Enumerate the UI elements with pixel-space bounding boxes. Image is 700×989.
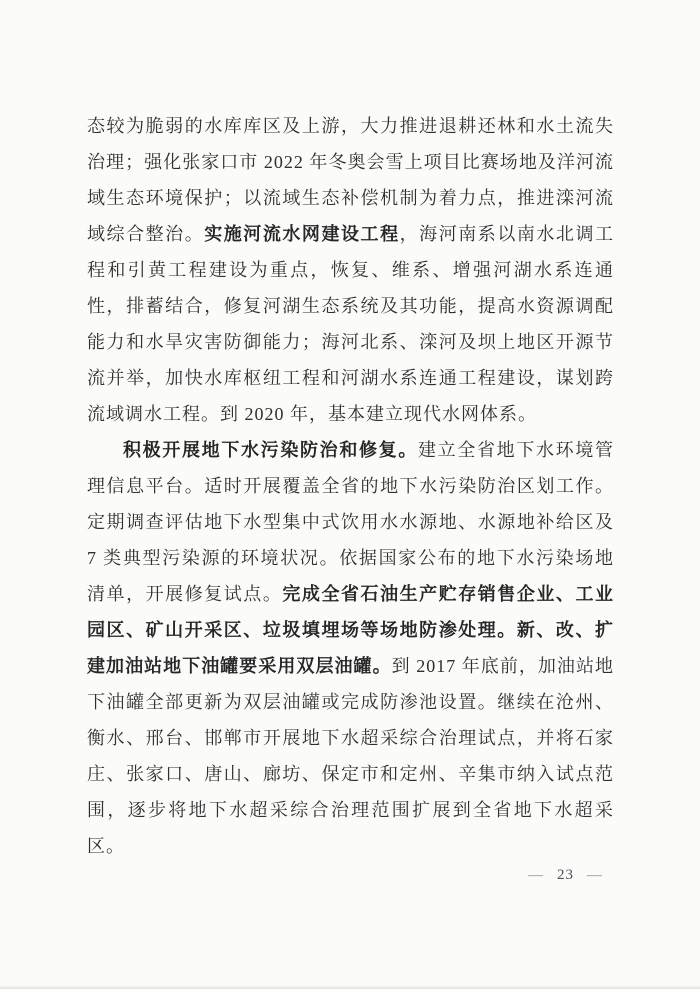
paragraph: 态较为脆弱的水库库区及上游，大力推进退耕还林和水土流失治理；强化张家口市 202… [87,108,614,432]
bold-text-run: 实施河流水网建设工程 [204,224,399,244]
text-run: 建立全省地下水环境管理信息平台。适时开展覆盖全省的地下水污染防治区划工作。定期调… [87,440,614,604]
bold-text-run: 积极开展地下水污染防治和修复。 [123,440,418,460]
page-bottom-edge [0,985,700,989]
text-run: ，海河南系以南水北调工程和引黄工程建设为重点，恢复、维系、增强河湖水系连通性，排… [87,224,614,424]
page-footer: — 23 — [528,867,603,884]
footer-dash-right: — [587,869,603,883]
footer-dash-left: — [528,869,544,883]
text-run: 到 2017 年底前，加油站地下油罐全部更新为双层油罐或完成防渗池设置。继续在沧… [87,656,614,856]
document-page: 态较为脆弱的水库库区及上游，大力推进退耕还林和水土流失治理；强化张家口市 202… [0,0,700,989]
body-text: 态较为脆弱的水库库区及上游，大力推进退耕还林和水土流失治理；强化张家口市 202… [87,108,614,864]
page-number: 23 [557,867,574,884]
paragraph: 积极开展地下水污染防治和修复。建立全省地下水环境管理信息平台。适时开展覆盖全省的… [87,432,614,864]
